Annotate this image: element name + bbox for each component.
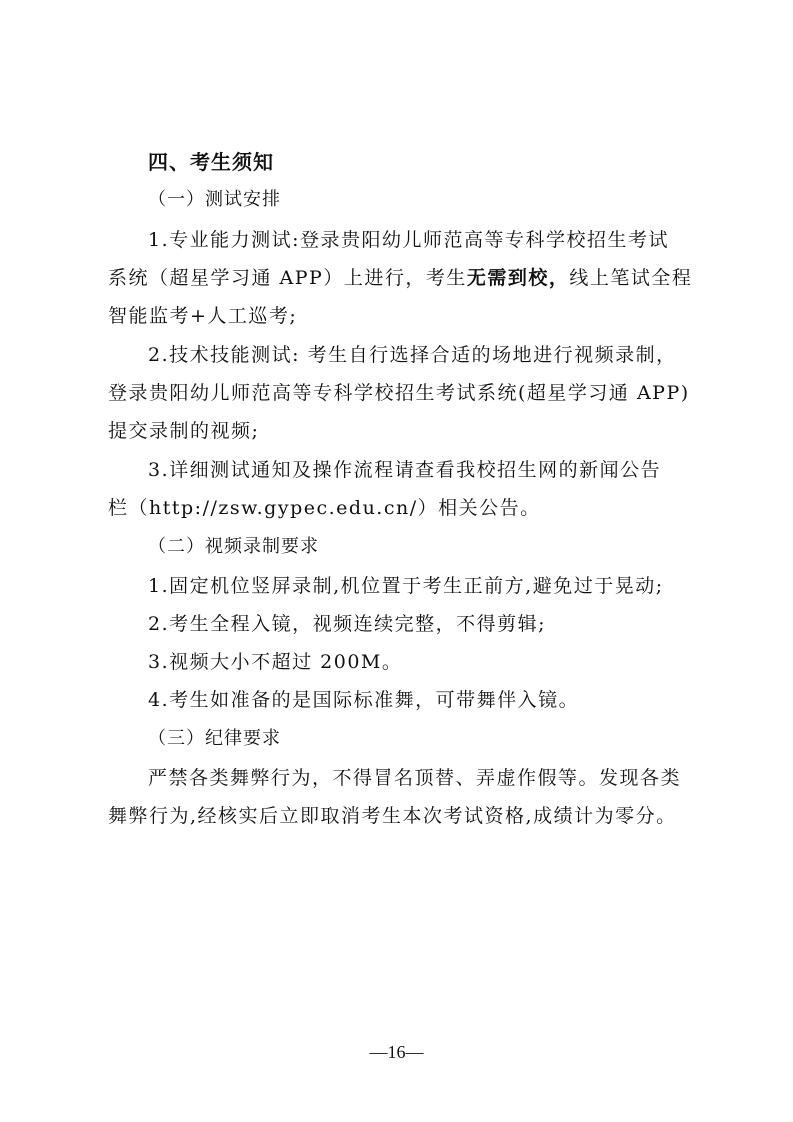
- subsection-heading-video-requirements: （二）视频录制要求: [148, 535, 319, 559]
- paragraph-line: 登录贵阳幼儿师范高等专科学校招生考试系统(超星学习通 APP): [108, 381, 690, 405]
- emphasis-text: 无需到校，: [467, 267, 570, 289]
- page-number: —16—: [0, 1042, 793, 1063]
- paragraph-line: 系统（超星学习通 APP）上进行，考生无需到校，线上笔试全程: [108, 266, 692, 290]
- subsection-heading-discipline: （三）纪律要求: [148, 727, 281, 751]
- list-item: 3.视频大小不超过 200M。: [148, 650, 402, 674]
- paragraph-line: 舞弊行为,经核实后立即取消考生本次考试资格,成绩计为零分。: [108, 804, 677, 828]
- paragraph-line: 2.技术技能测试: 考生自行选择合适的场地进行视频录制，: [148, 343, 677, 367]
- text-span: 线上笔试全程: [569, 267, 692, 289]
- paragraph-line: 栏（http://zsw.gypec.edu.cn/）相关公告。: [108, 496, 541, 520]
- list-item: 2.考生全程入镜，视频连续完整，不得剪辑;: [148, 612, 546, 636]
- paragraph-line: 3.详细测试通知及操作流程请查看我校招生网的新闻公告: [148, 458, 661, 482]
- paragraph-line: 提交录制的视频;: [108, 419, 259, 443]
- section-title: 四、考生须知: [148, 150, 274, 174]
- text-span: 系统（超星学习通 APP）上进行，考生: [108, 267, 467, 289]
- subsection-heading-test-arrangement: （一）测试安排: [148, 188, 281, 212]
- document-page: 四、考生须知 （一）测试安排 1.专业能力测试:登录贵阳幼儿师范高等专科学校招生…: [0, 0, 793, 1122]
- paragraph-line: 1.专业能力测试:登录贵阳幼儿师范高等专科学校招生考试: [148, 228, 669, 252]
- paragraph-line: 智能监考+人工巡考;: [108, 304, 297, 328]
- list-item: 1.固定机位竖屏录制,机位置于考生正前方,避免过于晃动;: [148, 574, 664, 598]
- list-item: 4.考生如准备的是国际标准舞，可带舞伴入镜。: [148, 688, 579, 712]
- paragraph-line: 严禁各类舞弊行为，不得冒名顶替、弄虚作假等。发现各类: [148, 766, 681, 790]
